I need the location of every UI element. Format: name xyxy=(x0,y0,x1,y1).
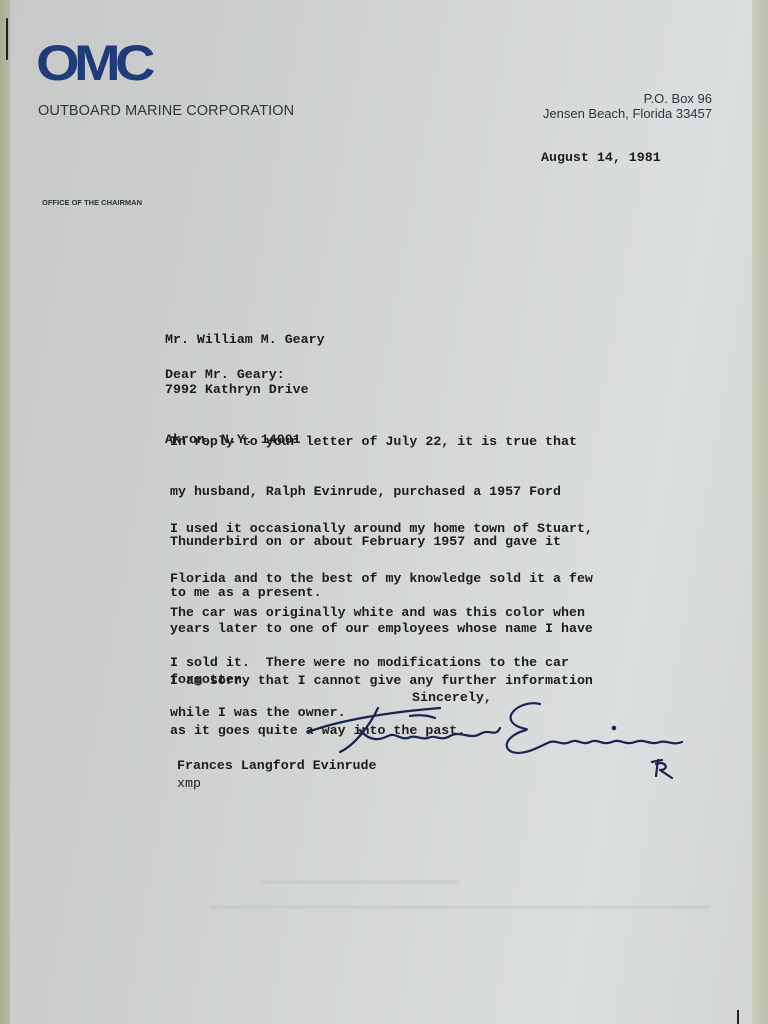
background-surface-left xyxy=(0,0,10,1024)
background-surface-right xyxy=(752,0,768,1024)
handwritten-signature xyxy=(300,690,720,790)
typist-initials: xmp xyxy=(177,776,201,793)
bleed-through-line xyxy=(260,880,460,884)
recipient-line: 7992 Kathryn Drive xyxy=(165,382,325,399)
company-name: OUTBOARD MARINE CORPORATION xyxy=(38,103,294,119)
bleed-through-line xyxy=(210,905,710,909)
paragraph-line: The car was originally white and was thi… xyxy=(170,605,585,622)
paragraph-line: I used it occasionally around my home to… xyxy=(170,521,593,538)
paragraph-line: I am sorry that I cannot give any furthe… xyxy=(170,673,593,690)
office-title: OFFICE OF THE CHAIRMAN xyxy=(42,198,142,207)
signer-name: Frances Langford Evinrude xyxy=(177,758,377,775)
binder-mark xyxy=(737,1010,739,1024)
address-line: P.O. Box 96 xyxy=(543,91,712,106)
letter-date: August 14, 1981 xyxy=(541,150,661,167)
recipient-line: Mr. William M. Geary xyxy=(165,332,325,349)
address-line: Jensen Beach, Florida 33457 xyxy=(543,106,712,121)
binder-mark xyxy=(6,18,8,60)
salutation: Dear Mr. Geary: xyxy=(165,367,285,384)
company-address: P.O. Box 96 Jensen Beach, Florida 33457 xyxy=(543,91,712,121)
paragraph-line: In reply to your letter of July 22, it i… xyxy=(170,434,577,451)
company-logo: OMC xyxy=(36,38,150,88)
